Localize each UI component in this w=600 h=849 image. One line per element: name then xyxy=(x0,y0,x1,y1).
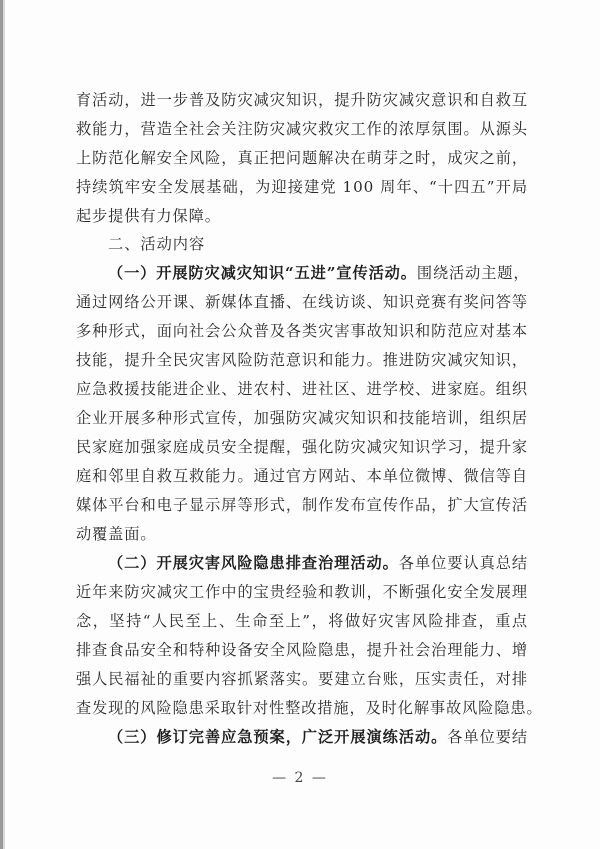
line-text: 多种形式，面向社会公众普及各类灾害事故知识和防范应对基本 xyxy=(76,322,528,340)
line-text: 各单位要结 xyxy=(447,728,528,746)
paragraph-line-2: 救能力，营造全社会关注防灾减灾救灾工作的浓厚氛围。从源头 xyxy=(76,119,528,139)
line-text: 应急救援技能进企业、进农村、进社区、进学校、进家庭。组织 xyxy=(76,380,528,398)
subsection-1-title: （一）开展防灾减灾知识“五进”宣传活动。 xyxy=(108,264,417,282)
subsection-3-title: （三）修订完善应急预案，广泛开展演练活动。 xyxy=(108,728,447,746)
subsection-2-title-line: （二）开展灾害风险隐患排查治理活动。各单位要认真总结 xyxy=(108,553,528,573)
paragraph-line-12: 企业开展多种形式宣传，加强防灾减灾知识和技能培训，组织居 xyxy=(76,408,528,428)
line-text: 近年来防灾减灾工作中的宝贵经验和教训，不断强化安全发展理 xyxy=(76,583,528,601)
line-text: 排查食品安全和特种设备安全风险隐患，提升社会治理能力、增 xyxy=(76,641,528,659)
paragraph-line-3: 上防范化解安全风险，真正把问题解决在萌芽之时，成灾之前， xyxy=(76,148,528,168)
line-text: 育活动，进一步普及防灾减灾知识，提升防灾减灾意识和自救互 xyxy=(76,91,528,109)
subsection-2-title: （二）开展灾害风险隐患排查治理活动。 xyxy=(108,554,399,572)
line-text: 念，坚持“人民至上、生命至上”，将做好灾害风险排查，重点 xyxy=(76,612,528,630)
page-number: — 2 — xyxy=(0,770,600,786)
paragraph-line-19: 念，坚持“人民至上、生命至上”，将做好灾害风险排查，重点 xyxy=(76,611,528,631)
line-text: 起步提供有力保障。 xyxy=(76,207,221,225)
line-text: 强人民福祉的重要内容抓紧落实。要建立台账，压实责任，对排 xyxy=(76,670,528,688)
paragraph-line-4: 持续筑牢安全发展基础，为迎接建党 100 周年、“十四五”开局 xyxy=(76,177,528,197)
paragraph-line-15: 媒体平台和电子显示屏等形式，制作发布宣传作品，扩大宣传活 xyxy=(76,495,528,515)
paragraph-line-21: 强人民福祉的重要内容抓紧落实。要建立台账，压实责任，对排 xyxy=(76,669,528,689)
line-text: 持续筑牢安全发展基础，为迎接建党 100 周年、“十四五”开局 xyxy=(76,178,528,196)
line-text: 企业开展多种形式宣传，加强防灾减灾知识和技能培训，组织居 xyxy=(76,409,528,427)
line-text: 上防范化解安全风险，真正把问题解决在萌芽之时，成灾之前， xyxy=(76,149,528,167)
line-text: 媒体平台和电子显示屏等形式，制作发布宣传作品，扩大宣传活 xyxy=(76,496,528,514)
paragraph-line-20: 排查食品安全和特种设备安全风险隐患，提升社会治理能力、增 xyxy=(76,640,528,660)
paragraph-line-14: 庭和邻里自救互救能力。通过官方网站、本单位微博、微信等自 xyxy=(76,466,528,486)
document-page: 育活动，进一步普及防灾减灾知识，提升防灾减灾意识和自救互 救能力，营造全社会关注… xyxy=(0,0,600,849)
paragraph-line-18: 近年来防灾减灾工作中的宝贵经验和教训，不断强化安全发展理 xyxy=(76,582,528,602)
subsection-1-title-line: （一）开展防灾减灾知识“五进”宣传活动。围绕活动主题， xyxy=(108,263,528,283)
paragraph-line-9: 多种形式，面向社会公众普及各类灾害事故知识和防范应对基本 xyxy=(76,321,528,341)
heading-text: 二、活动内容 xyxy=(108,235,205,253)
paragraph-line-8: 通过网络公开课、新媒体直播、在线访谈、知识竞赛有奖问答等 xyxy=(76,292,528,312)
paragraph-line-1: 育活动，进一步普及防灾减灾知识，提升防灾减灾意识和自救互 xyxy=(76,90,528,110)
paragraph-line-5: 起步提供有力保障。 xyxy=(76,206,528,226)
paragraph-line-10: 技能，提升全民灾害风险防范意识和能力。推进防灾减灾知识， xyxy=(76,350,528,370)
paragraph-line-16: 动覆盖面。 xyxy=(76,524,528,544)
paragraph-line-13: 民家庭加强家庭成员安全提醒，强化防灾减灾知识学习，提升家 xyxy=(76,437,528,457)
line-text: 各单位要认真总结 xyxy=(399,554,528,572)
section-heading-activity-content: 二、活动内容 xyxy=(108,234,528,254)
paragraph-line-11: 应急救援技能进企业、进农村、进社区、进学校、进家庭。组织 xyxy=(76,379,528,399)
line-text: 围绕活动主题， xyxy=(417,264,530,282)
paragraph-line-22: 查发现的风险隐患采取针对性整改措施，及时化解事故风险隐患。 xyxy=(76,698,528,718)
line-text: 技能，提升全民灾害风险防范意识和能力。推进防灾减灾知识， xyxy=(76,351,528,369)
line-text: 救能力，营造全社会关注防灾减灾救灾工作的浓厚氛围。从源头 xyxy=(76,120,528,138)
line-text: 通过网络公开课、新媒体直播、在线访谈、知识竞赛有奖问答等 xyxy=(76,293,528,311)
line-text: 动覆盖面。 xyxy=(76,525,156,543)
line-text: 查发现的风险隐患采取针对性整改措施，及时化解事故风险隐患。 xyxy=(76,699,543,717)
line-text: 庭和邻里自救互救能力。通过官方网站、本单位微博、微信等自 xyxy=(76,467,528,485)
subsection-3-title-line: （三）修订完善应急预案，广泛开展演练活动。各单位要结 xyxy=(108,727,528,747)
line-text: 民家庭加强家庭成员安全提醒，强化防灾减灾知识学习，提升家 xyxy=(76,438,528,456)
